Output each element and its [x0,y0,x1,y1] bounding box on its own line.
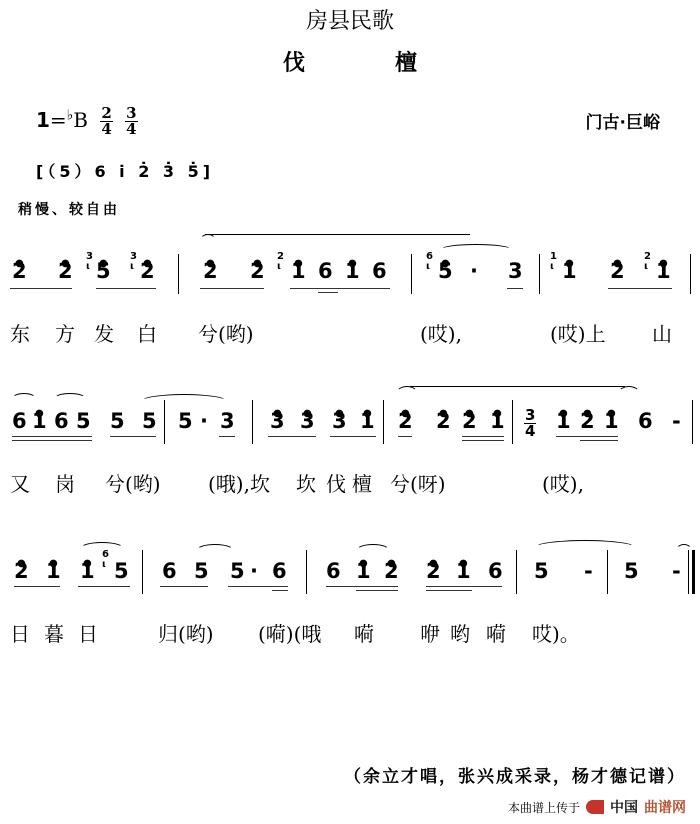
note: 5 [230,560,245,582]
underline [462,440,504,441]
lyric: 嗬 [486,618,506,647]
lyric: 坎 [296,468,316,497]
lyric: 方 [55,318,75,347]
barline [164,400,165,444]
note: · [200,410,208,432]
underline [290,288,390,289]
note: 6 [638,410,653,432]
site-logo-icon [586,800,604,814]
lyrics-line-3: 日 暮 日 归(哟) (嗬)(哦 嗬 咿 哟 嗬 哎)。 [0,618,700,648]
note: 6 [162,560,177,582]
slur [676,544,692,557]
note: 1● [360,410,375,432]
note: 3 [220,410,235,432]
mode-label: 门古·巨峪 [586,108,660,133]
tonic: 1 [36,108,50,132]
note: 6 [372,260,387,282]
barline [512,400,513,444]
underline [426,590,472,591]
song-title: 伐檀 [0,46,700,77]
note: 2● [14,560,29,582]
barline [516,550,517,594]
grace-note: 3ι [86,252,93,272]
lyric: 白 [137,318,157,347]
note: 5● [96,260,111,282]
slur [205,234,470,235]
note: 6 [12,410,27,432]
note: 2● [250,260,265,282]
barline [539,254,540,294]
note: 5 [178,410,193,432]
lyrics-line-2: 又 岗 兮(哟) (哦),坎 坎 伐 檀 兮(呀) (哎), [0,468,700,498]
note: - [584,560,593,582]
lyric: 日 [10,618,30,647]
collection-title: 房县民歌 [0,4,700,35]
slur [440,244,512,255]
lyric: 哟 [450,618,470,647]
underline [96,288,156,289]
note: - [672,410,681,432]
final-barline-thick [692,550,695,594]
lyric: 东 [10,318,30,347]
note: 2● [436,410,451,432]
lyric: (哎)上 [550,318,606,347]
equals: = [50,108,67,132]
underline [507,288,523,289]
underline [200,288,264,289]
note: 2● [462,410,477,432]
grace-note: 3ι [130,252,137,272]
slur [534,540,636,555]
note: 1● [604,410,619,432]
lyric: 归(哟) [158,618,214,647]
note: 1● [80,560,95,582]
lyric: 岗 [55,468,75,497]
note: 5 [110,410,125,432]
note: 1● [656,260,671,282]
note: 5 [534,560,549,582]
title-char-2: 檀 [395,46,417,77]
note: 6 [326,560,341,582]
note: 1● [291,260,306,282]
note: 2● [140,260,155,282]
note: 3 [508,260,523,282]
note: 2● [384,560,399,582]
lyric: 兮(哟) [105,468,161,497]
underline [78,586,130,587]
underline [12,436,92,437]
underline [426,586,502,587]
underline [219,436,235,437]
lyric: 山 [652,318,672,347]
time-change: 34 [524,408,536,439]
intro-motif: [（5）6 i̇ 2̇ 3̇ 5̇] [36,159,214,182]
grace-note: 6ι [426,252,433,272]
lyric: (嗬)(哦 [258,618,321,647]
barline [178,254,179,294]
lyric: 又 [10,468,30,497]
note: 1● [345,260,360,282]
grace-note: 6ι [102,550,109,570]
grace-note: 1ι [550,252,557,272]
underline [330,436,376,437]
lyric: 兮(呀) [390,468,446,497]
staff-line-2: 6 1● 6 5 5 5 5 · 3 3● 3● 3● 1● 2● 2● 2● … [0,390,700,460]
lyric: 伐 [326,468,346,497]
barline [692,400,693,444]
lyric: 咿 [420,618,440,647]
note: 1● [490,410,505,432]
note: 6 [272,560,287,582]
upload-text: 本曲谱上传于 [508,799,580,816]
note: 5● [438,260,453,282]
slur [618,386,640,401]
note: 1● [356,560,371,582]
underline [556,436,618,437]
slur [410,386,625,387]
note: 5 [142,410,157,432]
underline [160,586,208,587]
barline [607,550,608,594]
underline [398,436,412,437]
note: 5 [114,560,129,582]
barline [383,400,384,444]
underline [14,586,60,587]
underline [462,436,504,437]
slur [140,394,228,409]
note: 6 [488,560,503,582]
time-signature-2: 34 [125,106,137,137]
underline [272,590,288,591]
underline [326,586,398,587]
note: · [470,260,478,282]
note: 1● [32,410,47,432]
note: 2● [203,260,218,282]
note: 5 [624,560,639,582]
note: 2● [580,410,595,432]
slur [54,393,86,404]
lyric: 兮(哟) [198,318,254,347]
lyric: 嗬 [354,618,374,647]
note: 1● [556,410,571,432]
underline [10,288,72,289]
lyric: (哎), [420,318,462,347]
final-barline [688,550,689,594]
barline [142,550,143,594]
note: 3● [270,410,285,432]
note: 2● [58,260,73,282]
note: 1● [46,560,61,582]
note: · [250,560,258,582]
note: 6 [318,260,333,282]
note: 3● [332,410,347,432]
lyric: 檀 [352,468,372,497]
barline [411,254,412,294]
note: 1● [562,260,577,282]
title-char-1: 伐 [283,46,305,77]
underline [356,590,398,591]
lyrics-line-1: 东 方 发 白 兮(哟) (哎), (哎)上 山 [0,318,700,348]
slur [396,386,418,401]
underline [268,436,316,437]
barline [306,550,307,594]
underline [608,288,672,289]
barline [252,400,253,444]
note: 2● [610,260,625,282]
note: 2● [398,410,413,432]
note: 6 [54,410,69,432]
underline [580,440,618,441]
underline [318,292,338,293]
lyric: (哎), [542,468,584,497]
lyric: 暮 [44,618,64,647]
underline [12,440,92,441]
slur [200,234,216,247]
watermark: 本曲谱上传于 中国曲谱网 [508,797,686,817]
lyric: 日 [78,618,98,647]
slur [12,393,36,404]
underline [110,436,156,437]
note: 2● [12,260,27,282]
barline [690,254,691,294]
grace-note: 2ι [277,252,284,272]
time-signature-1: 24 [100,106,112,137]
underline [228,586,288,587]
note: 2● [426,560,441,582]
tempo-marking: 稍慢、较自由 [18,199,120,219]
lyric: (哦),坎 [208,468,270,497]
key-signature: 1=♭B 24 34 [36,106,138,137]
note: 5 [194,560,209,582]
lyric: 发 [94,318,114,347]
staff-line-1: 2● 2● 3ι 5● 3ι 2● 2● 2● 2ι 1● 6 1● 6 6ι … [0,240,700,310]
note: 1● [456,560,471,582]
note: 3● [300,410,315,432]
key-letter: B [73,108,88,132]
note: - [672,560,681,582]
grace-note: 2ι [644,252,651,272]
slur [196,544,234,557]
site-name-b: 曲谱网 [644,797,686,817]
staff-line-3: 2● 1● 1● 6ι 5 6 5 5 · 6 6 1● 2● 2● 1● 6 … [0,540,700,610]
note: 5 [76,410,91,432]
lyric: 哎)。 [532,618,580,647]
site-name-a: 中国 [610,797,638,817]
credits: （余立才唱，张兴成采录，杨才德记谱） [344,762,686,787]
